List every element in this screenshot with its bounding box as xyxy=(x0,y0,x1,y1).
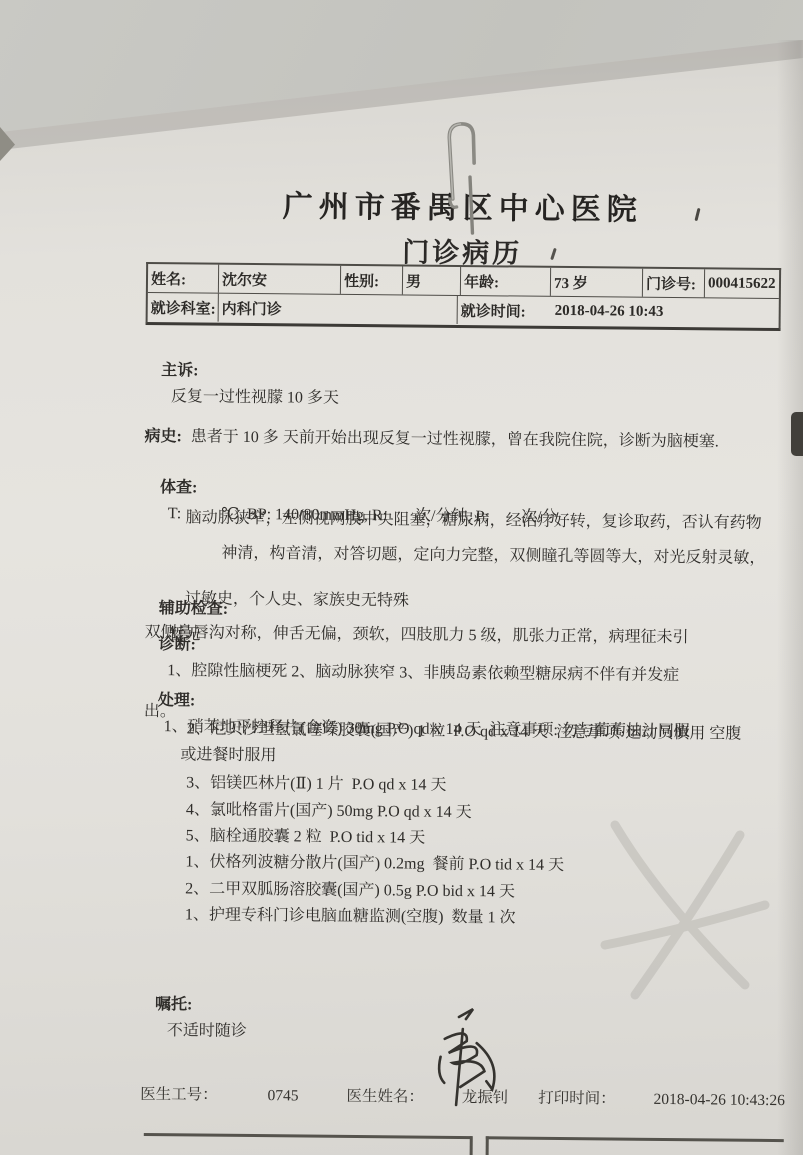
doctor-name: 龙振钊 xyxy=(462,1085,509,1107)
dept-label: 就诊科室: xyxy=(148,296,218,318)
footer-row: 医生工号： 0745 医生姓名： 龙振钊 打印时间： 2018-04-26 10… xyxy=(140,1082,700,1109)
diagnosis-label: 诊断: xyxy=(158,636,196,653)
visit-no: 0004156226 xyxy=(704,269,775,298)
patient-dept: 内科门诊 xyxy=(218,294,457,324)
paperclip xyxy=(432,115,493,241)
patient-table-row-2: 就诊科室: 内科门诊 就诊时间: 2018-04-26 10:43 xyxy=(148,293,779,327)
advice-label: 嘱托: xyxy=(155,996,193,1013)
patient-info-table: 姓名: 沈尔安 性别: 男 年龄: 73 岁 门诊号: 0004156226 就… xyxy=(146,262,782,331)
doctor-name-label: 医生姓名： xyxy=(346,1084,424,1107)
gender-label: 性别: xyxy=(340,266,402,295)
print-time-label: 打印时间： xyxy=(538,1086,616,1109)
visit-time: 2018-04-26 10:43 xyxy=(552,302,775,321)
treatment-label: 处理: xyxy=(158,692,196,709)
age-label: 年龄: xyxy=(460,267,550,296)
doctor-id: 0745 xyxy=(267,1087,298,1105)
name-label: 姓名: xyxy=(148,267,218,289)
history-text: 患者于 10 多 天前开始出现反复一过性视朦，曾在我院住院，诊断为脑梗塞. xyxy=(191,428,719,450)
exam-para-line-1: 神清，构音清，对答切题，定向力完整，双侧瞳孔等圆等大，对光反射灵敏， xyxy=(145,540,800,573)
visit-no-label: 门诊号: xyxy=(642,269,704,298)
visit-time-label: 就诊时间: xyxy=(457,296,552,325)
print-time: 2018-04-26 10:43:26 xyxy=(654,1091,785,1110)
patient-gender: 男 xyxy=(402,266,460,295)
next-table-top-edge xyxy=(3,0,803,6)
history-label: 病史: xyxy=(144,428,182,445)
treatment-item-8: 1、护理专科门诊电脑血糖监测(空腹) 数量 1 次 xyxy=(185,902,800,934)
document-content: 广州市番禺区中心医院 门诊病历 姓名: 沈尔安 性别: 男 年龄: 73 岁 门… xyxy=(0,0,803,1155)
patient-name: 沈尔安 xyxy=(218,265,340,294)
doctor-id-label: 医生工号： xyxy=(140,1082,218,1105)
advice-text: 不适时随诊 xyxy=(167,1022,247,1040)
patient-age: 73 岁 xyxy=(550,268,642,297)
